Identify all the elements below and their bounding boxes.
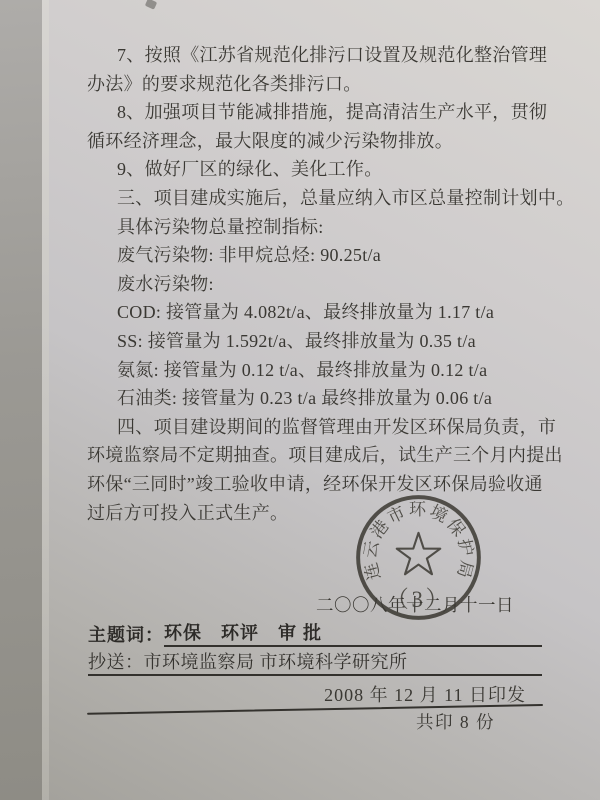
document-line: 环境监察局不定期抽查。项目建成后，试生产三个月内提出 [87, 441, 549, 470]
subject-keywords-row: 主题词： 环保 环评 审 批 [88, 622, 542, 647]
cc-row: 抄送：市环境监察局 市环境科学研究所 [88, 651, 542, 676]
page-spine-shadow [0, 0, 42, 800]
document-line: 9、做好厂区的绿化、美化工作。 [87, 155, 549, 184]
document-body: 7、按照《江苏省规范化排污口设置及规范化整治管理 办法》的要求规范化各类排污口。… [87, 41, 549, 527]
subject-keywords: 环保 环评 审 批 [164, 621, 542, 647]
scanned-document-page: 7、按照《江苏省规范化排污口设置及规范化整治管理 办法》的要求规范化各类排污口。… [0, 0, 600, 800]
subject-label: 主题词： [88, 623, 164, 647]
cc-recipients: 市环境监察局 市环境科学研究所 [144, 652, 408, 672]
document-line: 具体污染物总量控制指标: [87, 213, 549, 242]
print-date: 2008 年 12 月 11 日印发 [324, 681, 526, 707]
cc-label: 抄送： [88, 652, 144, 672]
document-line: 四、项目建设期间的监督管理由开发区环保局负责，市 [87, 413, 549, 442]
document-line-cod: COD: 接管量为 4.082t/a、最终排放量为 1.17 t/a [87, 298, 549, 327]
document-line: 三、项目建成实施后，总量应纳入市区总量控制计划中。 [87, 184, 549, 213]
page-crease-highlight [42, 0, 49, 800]
document-date: 二〇〇八年十二月十一日 [316, 592, 514, 617]
document-line: 循环经济理念，最大限度的减少污染物排放。 [87, 127, 549, 156]
document-line-ss: SS: 接管量为 1.592t/a、最终排放量为 0.35 t/a [87, 327, 549, 356]
document-line-waste-gas: 废气污染物: 非甲烷总烃: 90.25t/a [87, 241, 549, 270]
document-line-ammonia: 氨氮: 接管量为 0.12 t/a、最终排放量为 0.12 t/a [87, 356, 549, 385]
document-line-petroleum: 石油类: 接管量为 0.23 t/a 最终排放量为 0.06 t/a [87, 384, 549, 413]
star-icon [397, 533, 441, 574]
copies-count: 共印 8 份 [416, 709, 495, 734]
document-line-waste-water: 废水污染物: [87, 270, 549, 299]
scan-artifact-speck [145, 0, 157, 10]
document-line: 办法》的要求规范化各类排污口。 [87, 70, 549, 99]
document-line: 7、按照《江苏省规范化排污口设置及规范化整治管理 [87, 41, 549, 70]
document-line: 8、加强项目节能减排措施，提高清洁生产水平，贯彻 [87, 98, 549, 127]
